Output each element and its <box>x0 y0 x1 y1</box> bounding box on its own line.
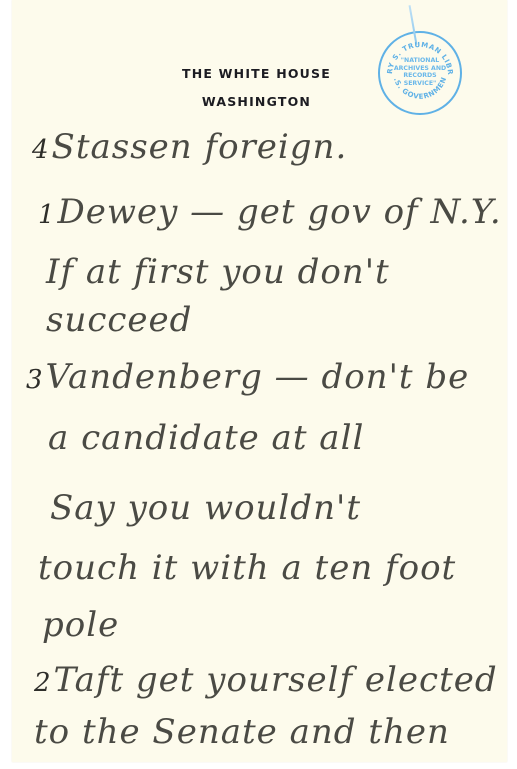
note-line: touch it with a ten foot <box>38 548 456 588</box>
note-line-taft: 2Taft get yourself elected <box>34 660 498 700</box>
note-line: If at first you don't <box>46 252 390 292</box>
note-line: succeed <box>46 300 192 340</box>
note-line: to the Senate and then <box>34 712 450 752</box>
note-line-dewey: 1Dewey — get gov of N.Y. <box>38 192 502 232</box>
note-line: pole <box>42 605 119 645</box>
note-line: a candidate at all <box>48 418 364 458</box>
stamp-center-text: "NATIONAL ARCHIVES AND RECORDS SERVICE" <box>390 57 450 87</box>
note-line-vandenberg: 3Vandenberg — don't be <box>26 357 469 397</box>
letter-page: THE WHITE HOUSE WASHINGTON HARRY S. TRUM… <box>12 0 507 762</box>
archive-stamp: HARRY S. TRUMAN LIBRARY U.S. GOVERNMENT … <box>378 31 462 115</box>
note-line-stassen: 4Stassen foreign. <box>32 127 347 167</box>
note-line: Say you wouldn't <box>50 488 361 528</box>
